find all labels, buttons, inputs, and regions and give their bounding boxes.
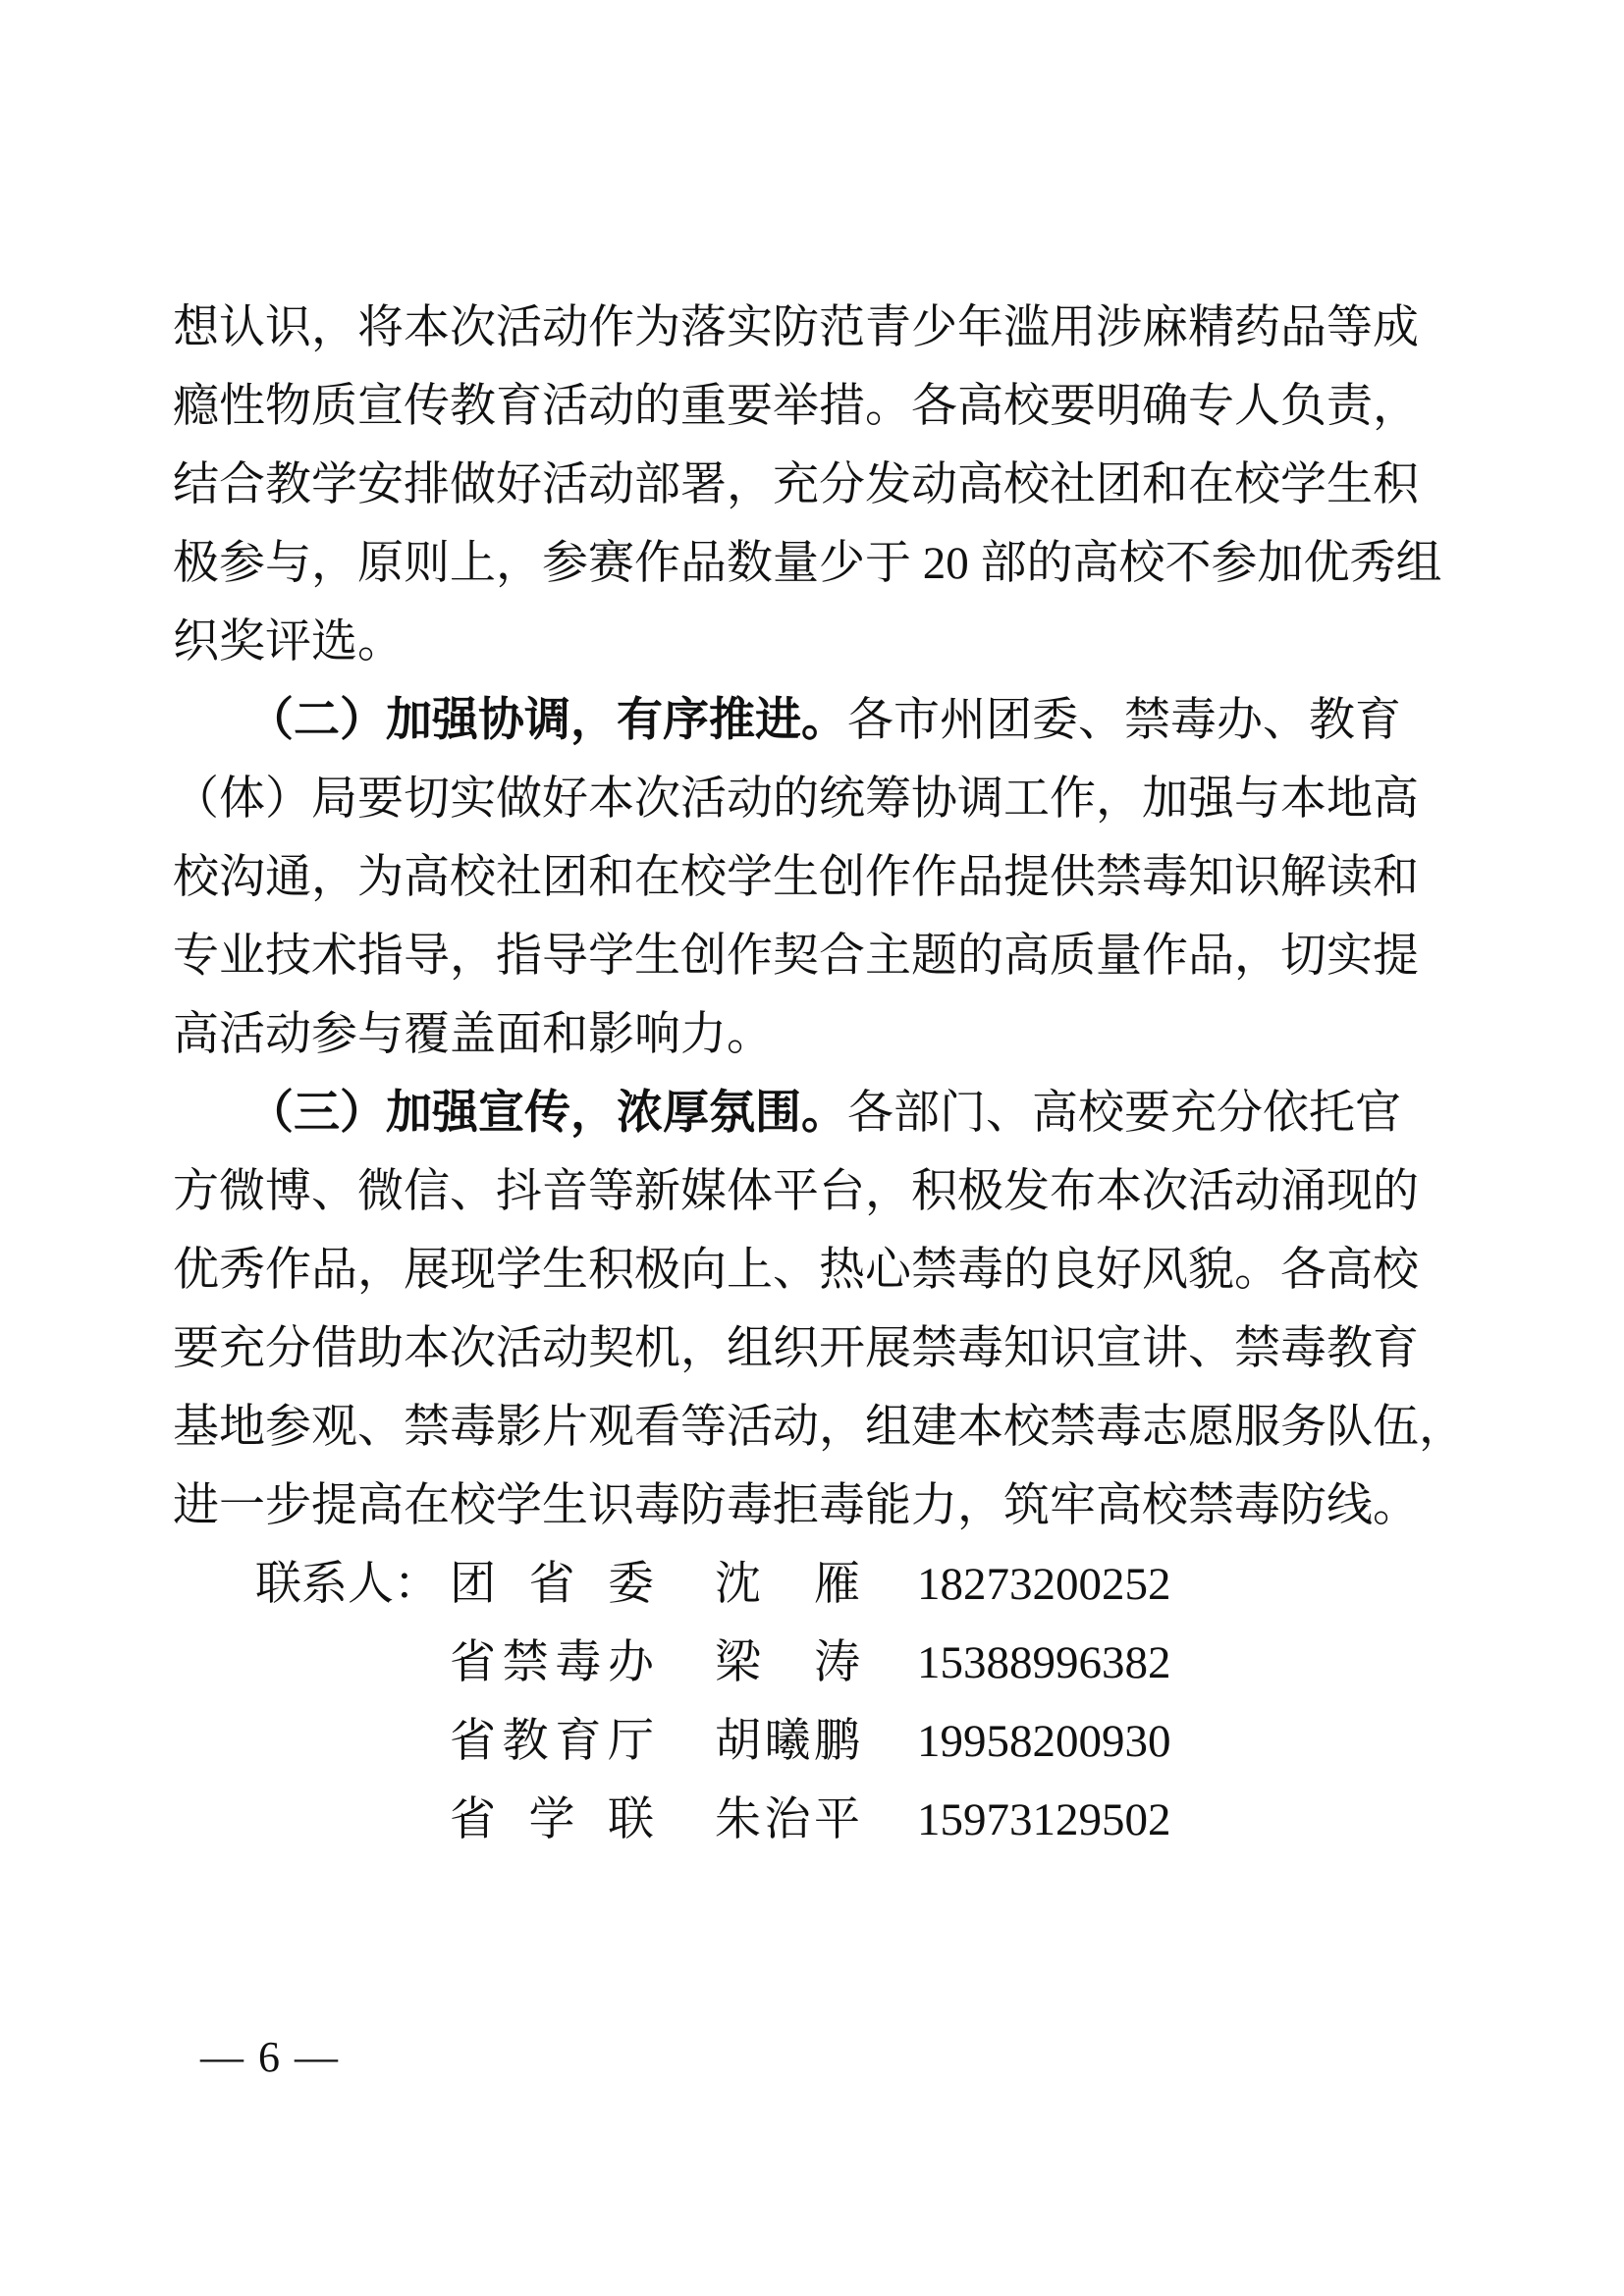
contact-org: 省学联 — [450, 1781, 654, 1859]
body-line: 优秀作品，展现学生积极向上、热心禁毒的良好风貌。各高校 — [173, 1231, 1426, 1309]
document-body: 想认识，将本次活动作为落实防范青少年滥用涉麻精药品等成 瘾性物质宣传教育活动的重… — [173, 289, 1426, 1859]
body-line: 方微博、微信、抖音等新媒体平台，积极发布本次活动涌现的 — [173, 1152, 1426, 1231]
body-line: 瘾性物质宣传教育活动的重要举措。各高校要明确专人负责， — [173, 367, 1426, 446]
contact-phone: 15388996382 — [917, 1624, 1171, 1702]
body-line: 高活动参与覆盖面和影响力。 — [173, 995, 1426, 1074]
section-heading-2: （二）加强协调，有序推进。 — [247, 695, 847, 746]
contact-label: 联系人： — [255, 1545, 450, 1624]
body-line: 校沟通，为高校社团和在校学生创作作品提供禁毒知识解读和 — [173, 838, 1426, 917]
body-line: （体）局要切实做好本次活动的统筹协调工作，加强与本地高 — [173, 760, 1426, 838]
body-line: 各部门、高校要充分依托官 — [847, 1088, 1401, 1139]
contact-row: 省教育厅 胡曦鹏 19958200930 — [173, 1702, 1426, 1781]
body-line: 结合教学安排做好活动部署，充分发动高校社团和在校学生积 — [173, 446, 1426, 524]
page-number: — 6 — — [200, 2028, 340, 2087]
contact-name: 梁涛 — [715, 1624, 860, 1702]
body-line: 织奖评选。 — [173, 603, 1426, 681]
contact-row: 省禁毒办 梁涛 15388996382 — [173, 1624, 1426, 1702]
contact-org: 团省委 — [450, 1545, 654, 1624]
contact-phone: 19958200930 — [917, 1702, 1171, 1781]
contact-list: 联系人： 团省委 沈雁 18273200252 省禁毒办 梁涛 15388996… — [173, 1545, 1426, 1859]
body-line: 想认识，将本次活动作为落实防范青少年滥用涉麻精药品等成 — [173, 289, 1426, 367]
section-heading-line: （三）加强宣传，浓厚氛围。各部门、高校要充分依托官 — [173, 1074, 1426, 1152]
contact-name: 胡曦鹏 — [715, 1702, 860, 1781]
section-heading-3: （三）加强宣传，浓厚氛围。 — [247, 1088, 847, 1139]
body-line: 极参与，原则上，参赛作品数量少于 20 部的高校不参加优秀组 — [173, 524, 1426, 603]
contact-phone: 18273200252 — [917, 1545, 1171, 1624]
document-page: 想认识，将本次活动作为落实防范青少年滥用涉麻精药品等成 瘾性物质宣传教育活动的重… — [0, 0, 1624, 2296]
contact-org: 省教育厅 — [450, 1702, 654, 1781]
contact-phone: 15973129502 — [917, 1781, 1171, 1859]
body-line: 要充分借助本次活动契机，组织开展禁毒知识宣讲、禁毒教育 — [173, 1309, 1426, 1388]
contact-name: 沈雁 — [715, 1545, 860, 1624]
contact-row: 省学联 朱治平 15973129502 — [173, 1781, 1426, 1859]
contact-row: 联系人： 团省委 沈雁 18273200252 — [173, 1545, 1426, 1624]
body-line: 基地参观、禁毒影片观看等活动，组建本校禁毒志愿服务队伍， — [173, 1388, 1426, 1467]
contact-org: 省禁毒办 — [450, 1624, 654, 1702]
contact-name: 朱治平 — [715, 1781, 860, 1859]
body-line: 各市州团委、禁毒办、教育 — [847, 695, 1401, 746]
section-heading-line: （二）加强协调，有序推进。各市州团委、禁毒办、教育 — [173, 681, 1426, 760]
body-line: 进一步提高在校学生识毒防毒拒毒能力，筑牢高校禁毒防线。 — [173, 1467, 1426, 1545]
body-line: 专业技术指导，指导学生创作契合主题的高质量作品，切实提 — [173, 917, 1426, 995]
